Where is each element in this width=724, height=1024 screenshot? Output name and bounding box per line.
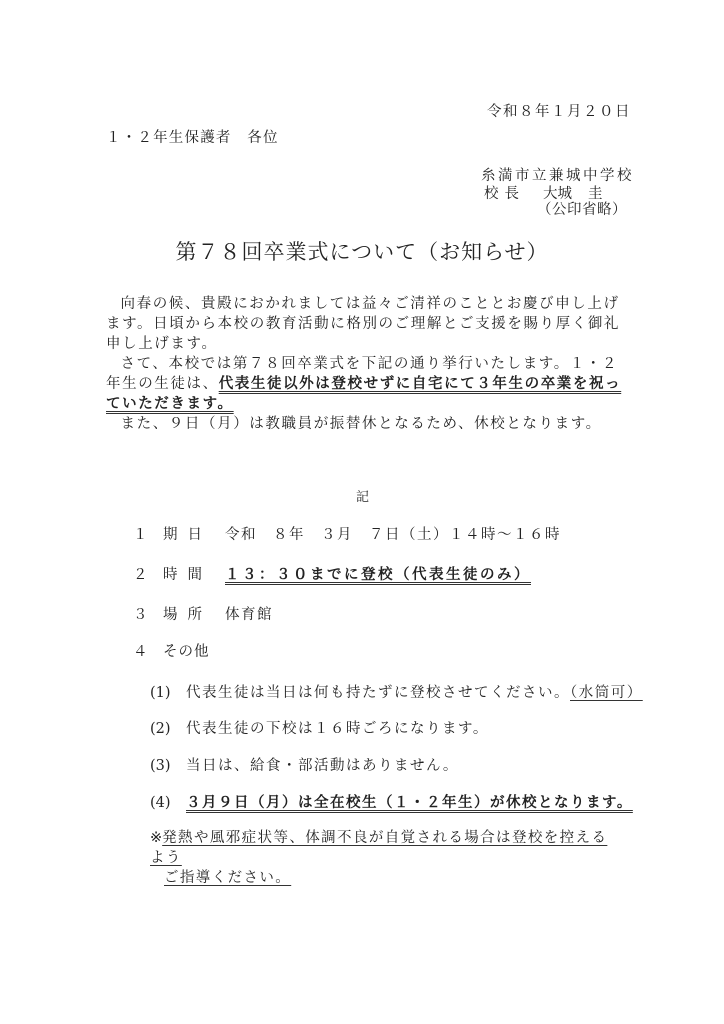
- sub-item-3: (3)当日は、給食・部活動はありません。: [150, 754, 459, 775]
- health-note: ※発熱や風邪症状等、体調不良が自覚される場合は登校を控えるよう ご指導ください。: [150, 828, 620, 888]
- item-number: ４: [133, 640, 163, 661]
- sub-item-text: 当日は、給食・部活動はありません。: [186, 758, 459, 774]
- reference-mark-icon: ※: [150, 830, 162, 846]
- sub-item-text: ３月９日（月）は全在校生（１・２年生）が休校となります。: [186, 795, 633, 811]
- item-number: ３: [133, 603, 163, 624]
- item-number: １: [133, 523, 163, 544]
- health-note-line-2: ご指導ください。: [150, 868, 620, 888]
- item-date: １期日令和 ８年 ３月 ７日（土）１４時～１６時: [133, 523, 561, 544]
- document-date: 令和８年１月２０日: [487, 100, 631, 121]
- sub-item-number: (3): [150, 758, 186, 774]
- sub-item-number: (4): [150, 795, 186, 811]
- health-note-text-1: 発熱や風邪症状等、体調不良が自覚される場合は登校を控えるよう: [150, 830, 607, 866]
- health-note-text-2: ご指導ください。: [164, 870, 291, 886]
- sender-role: 校長: [484, 186, 525, 202]
- item-place: ３場所体育館: [133, 603, 273, 624]
- sub-item-text: 代表生徒の下校は１６時ごろになります。: [186, 721, 489, 737]
- health-note-line-1: ※発熱や風邪症状等、体調不良が自覚される場合は登校を控えるよう: [150, 828, 620, 868]
- item-other: ４その他: [133, 640, 210, 661]
- announcement-paragraph: さて、本校では第７８回卒業式を下記の通り挙行いたします。１・２年生の生徒は、代表…: [106, 354, 626, 414]
- sub-item-suffix: （水筒可）: [570, 685, 643, 701]
- document-body: 向春の候、貴殿におかれましては益々ご清祥のこととお慶び申し上げます。日頃から本校…: [106, 294, 626, 434]
- document-title: 第７８回卒業式について（お知らせ）: [0, 236, 724, 266]
- seal-omitted-note: （公印省略）: [537, 198, 627, 219]
- ki-heading: 記: [356, 486, 369, 505]
- item-label: 時間: [163, 563, 225, 584]
- sub-item-1: (1)代表生徒は当日は何も持たずに登校させてください。（水筒可）: [150, 681, 643, 702]
- sub-item-4: (4)３月９日（月）は全在校生（１・２年生）が休校となります。: [150, 791, 633, 812]
- sub-item-2: (2)代表生徒の下校は１６時ごろになります。: [150, 717, 489, 738]
- item-time: ２時間１３：３０までに登校（代表生徒のみ）: [133, 563, 531, 584]
- sub-item-text: 代表生徒は当日は何も持たずに登校させてください。: [186, 685, 570, 701]
- item-value: 体育館: [225, 607, 273, 623]
- item-label: 場所: [163, 603, 225, 624]
- item-label: その他: [163, 644, 210, 660]
- item-value: 令和 ８年 ３月 ７日（土）１４時～１６時: [225, 527, 561, 543]
- sub-item-number: (2): [150, 721, 186, 737]
- closure-paragraph: また、９日（月）は教職員が振替休となるため、休校となります。: [106, 414, 626, 434]
- item-value: １３：３０までに登校（代表生徒のみ）: [225, 567, 531, 583]
- item-number: ２: [133, 563, 163, 584]
- recipient: １・２年生保護者 各位: [106, 126, 279, 147]
- item-label: 期日: [163, 523, 225, 544]
- sub-item-number: (1): [150, 685, 186, 701]
- greeting-paragraph: 向春の候、貴殿におかれましては益々ご清祥のこととお慶び申し上げます。日頃から本校…: [106, 294, 626, 354]
